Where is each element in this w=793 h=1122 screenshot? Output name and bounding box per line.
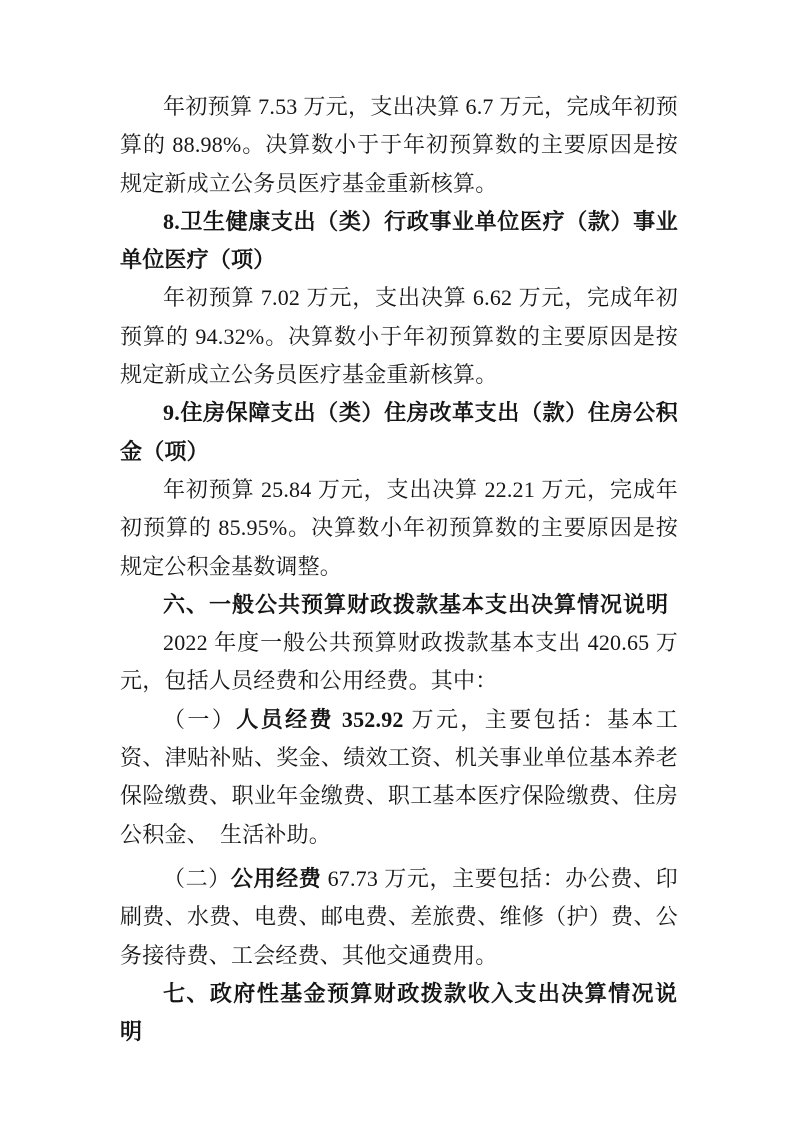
paragraph: 年初预算 7.53 万元，支出决算 6.7 万元，完成年初预算的 88.98%。… — [120, 88, 678, 203]
text-run: 2022 年度一般公共预算财政拨款基本支出 420.65 万元，包括人员经费和公… — [120, 630, 678, 693]
paragraph: （一）人员经费 352.92 万元，主要包括：基本工资、津贴补贴、奖金、绩效工资… — [120, 701, 678, 854]
text-run: 年初预算 25.84 万元，支出决算 22.21 万元，完成年初预算的 85.9… — [120, 477, 678, 579]
text-run: 公用经费 — [231, 866, 322, 891]
text-run: 9.住房保障支出（类）住房改革支出（款）住房公积金（项） — [120, 400, 678, 463]
heading: 8.卫生健康支出（类）行政事业单位医疗（款）事业单位医疗（项） — [120, 203, 678, 280]
heading: 六、一般公共预算财政拨款基本支出决算情况说明 — [120, 586, 678, 624]
text-run: 六、一般公共预算财政拨款基本支出决算情况说明 — [163, 592, 669, 617]
heading: 9.住房保障支出（类）住房改革支出（款）住房公积金（项） — [120, 394, 678, 471]
text-run: 人员经费 352.92 — [236, 707, 403, 732]
text-run: 年初预算 7.02 万元，支出决算 6.62 万元，完成年初预算的 94.32%… — [120, 285, 678, 387]
text-run: 8.卫生健康支出（类）行政事业单位医疗（款）事业单位医疗（项） — [120, 209, 678, 272]
text-block: 年初预算 7.53 万元，支出决算 6.7 万元，完成年初预算的 88.98%。… — [120, 88, 678, 1051]
paragraph: 年初预算 7.02 万元，支出决算 6.62 万元，完成年初预算的 94.32%… — [120, 279, 678, 394]
document-page: 年初预算 7.53 万元，支出决算 6.7 万元，完成年初预算的 88.98%。… — [0, 0, 793, 1122]
text-run: （二） — [163, 866, 231, 891]
text-run: 七、政府性基金预算财政拨款收入支出决算情况说明 — [120, 981, 678, 1044]
text-run: 年初预算 7.53 万元，支出决算 6.7 万元，完成年初预算的 88.98%。… — [120, 94, 678, 196]
paragraph: （二）公用经费 67.73 万元，主要包括：办公费、印刷费、水费、电费、邮电费、… — [120, 860, 678, 975]
paragraph: 年初预算 25.84 万元，支出决算 22.21 万元，完成年初预算的 85.9… — [120, 471, 678, 586]
paragraph: 2022 年度一般公共预算财政拨款基本支出 420.65 万元，包括人员经费和公… — [120, 624, 678, 701]
heading: 七、政府性基金预算财政拨款收入支出决算情况说明 — [120, 975, 678, 1052]
text-run: （一） — [163, 707, 236, 732]
